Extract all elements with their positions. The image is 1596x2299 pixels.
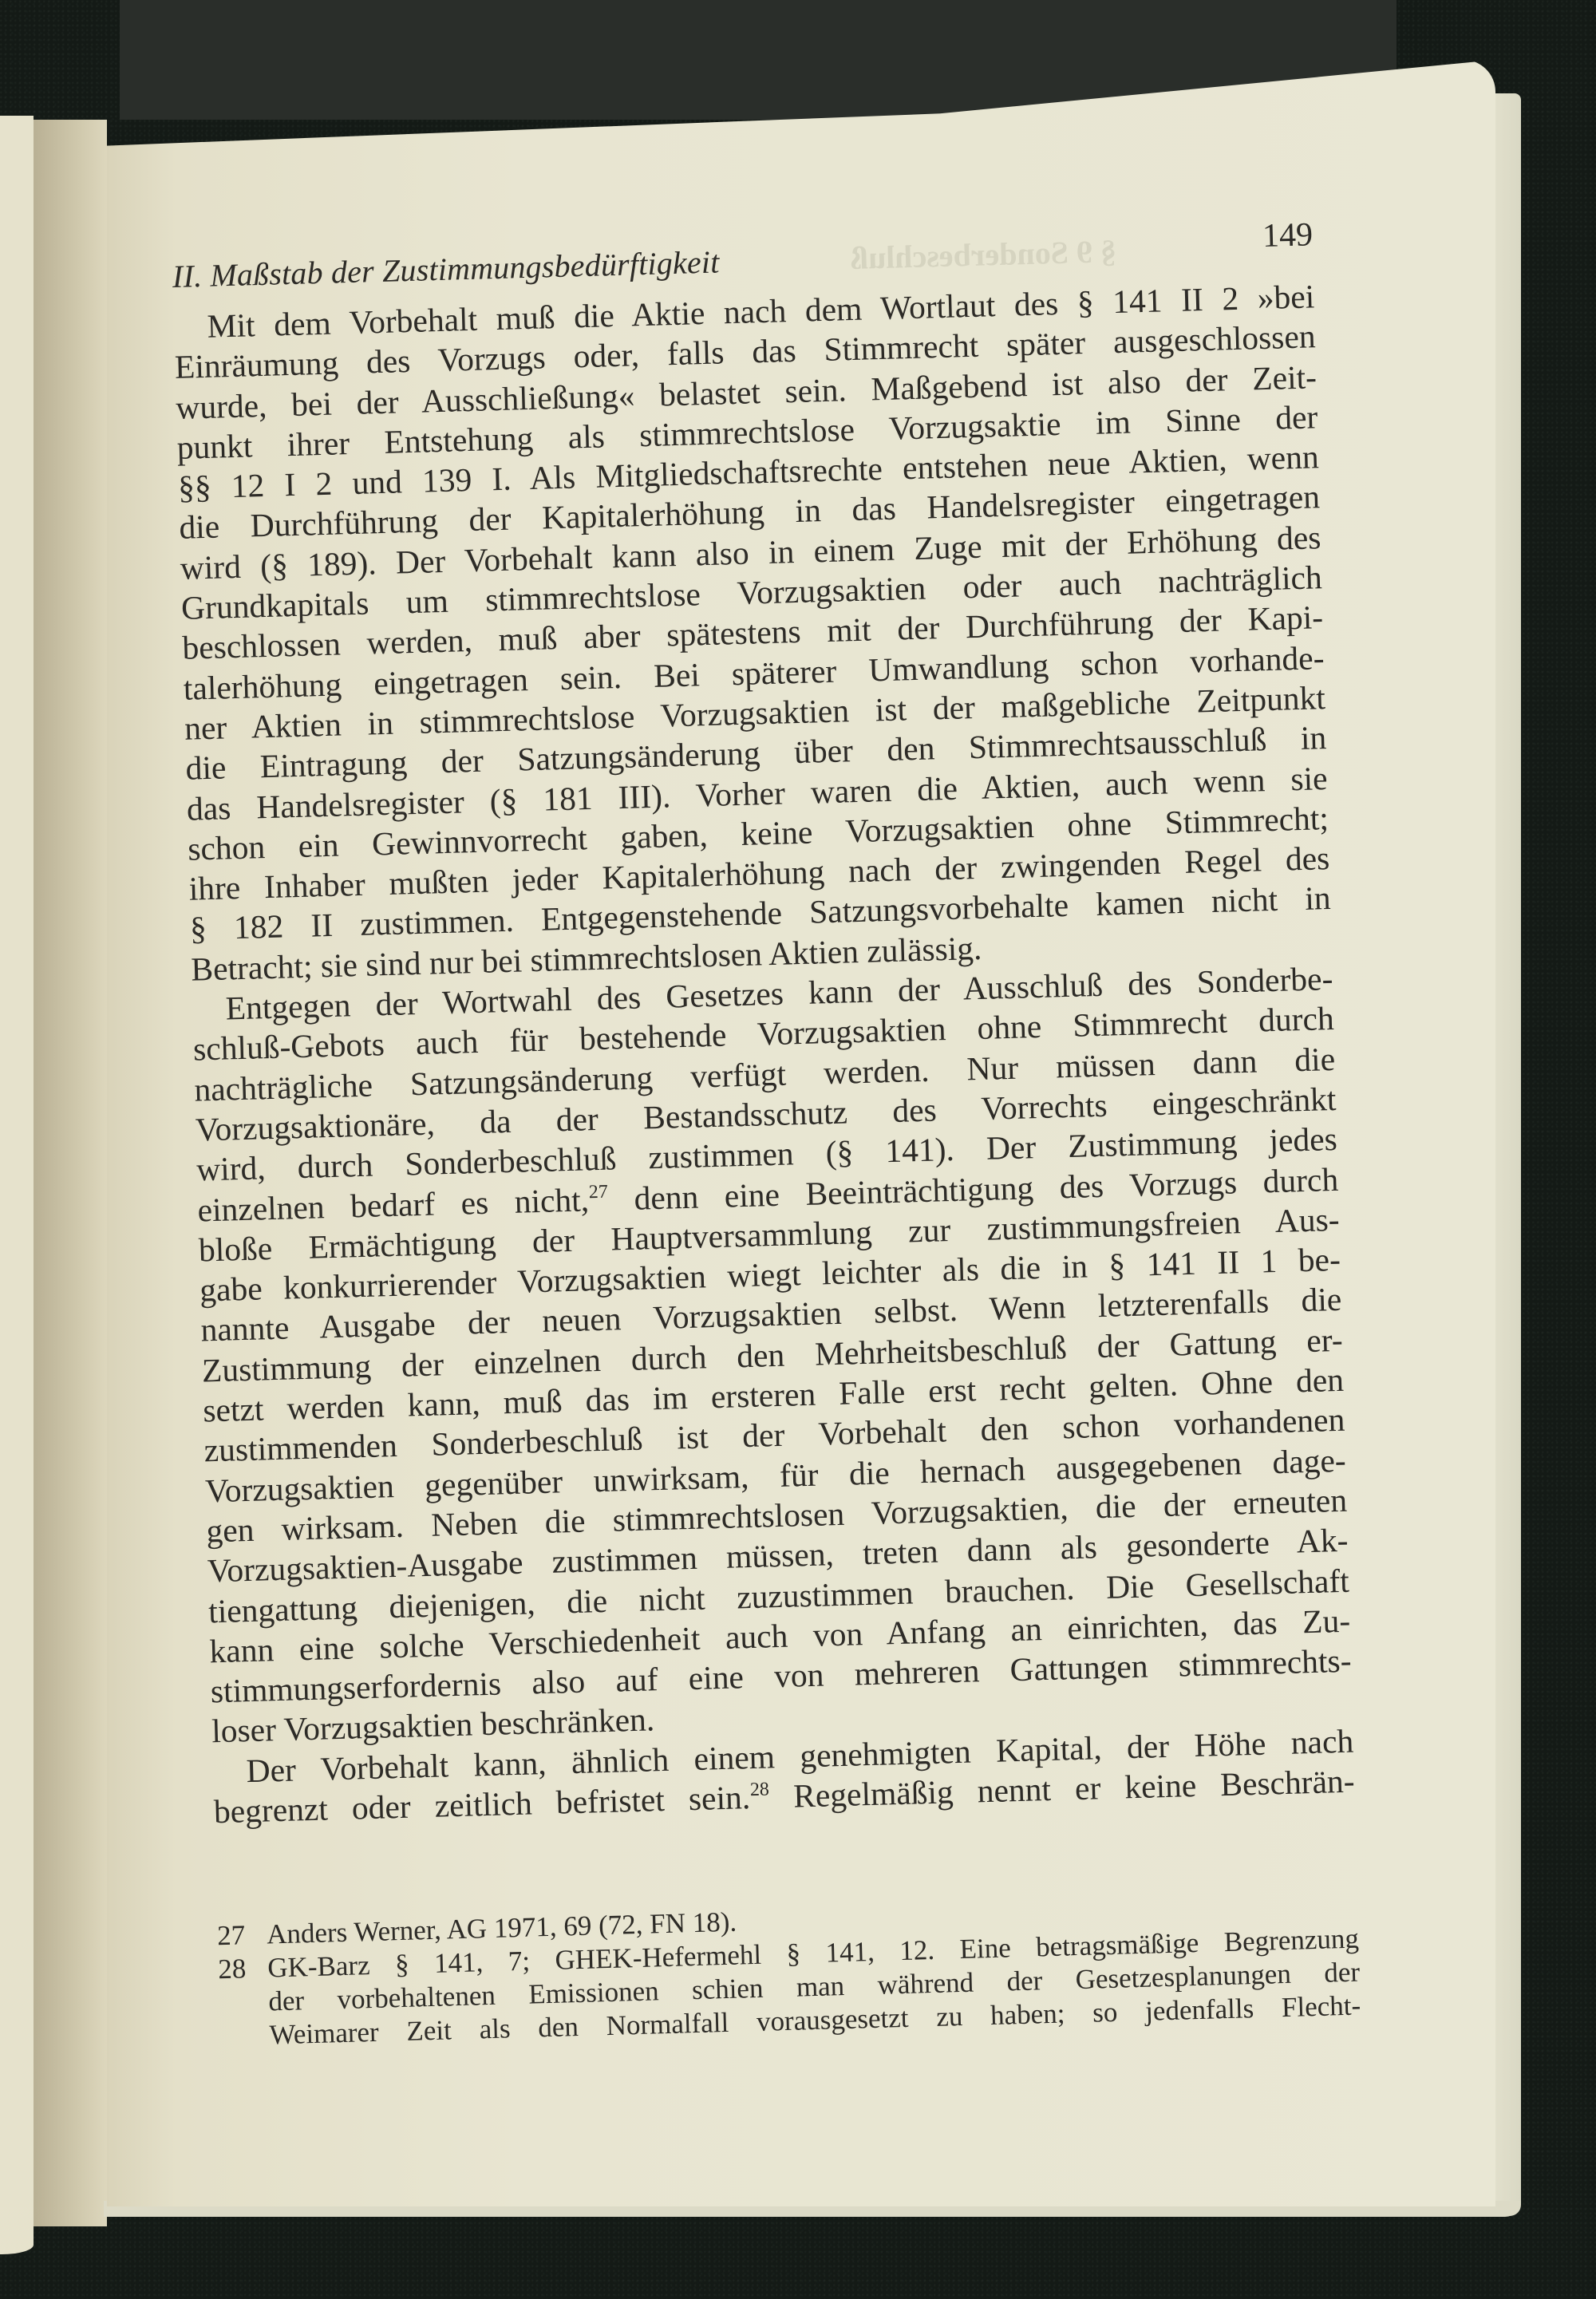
page-stack-edge — [1492, 93, 1521, 2216]
footnote-number: 27 — [217, 1918, 267, 1953]
facing-page-edge — [0, 116, 34, 2254]
body-text: Mit dem Vorbehalt muß die Aktie nach dem… — [173, 276, 1355, 1831]
footnote-marker[interactable]: 27 — [588, 1181, 608, 1203]
show-through-text: § 9 Sonderbeschluß — [850, 232, 1117, 277]
page-number: 149 — [1262, 215, 1313, 255]
footnotes: 27Anders Werner, AG 1971, 69 (72, FN 18)… — [217, 1889, 1361, 2054]
text-block: II. Maßstab der Zustimmungsbedürftigkeit… — [171, 188, 1361, 2053]
paragraph: Mit dem Vorbehalt muß die Aktie nach dem… — [173, 276, 1333, 989]
footnote-number: 28 — [218, 1952, 268, 1987]
gutter-shadow — [34, 120, 107, 2226]
footnote-marker[interactable]: 28 — [750, 1779, 770, 1800]
section-title: II. Maßstab der Zustimmungsbedürftigkeit — [172, 243, 720, 295]
book-page: II. Maßstab der Zustimmungsbedürftigkeit… — [107, 60, 1495, 2206]
paragraph: Entgegen der Wortwahl des Gesetzes kann … — [192, 958, 1353, 1752]
